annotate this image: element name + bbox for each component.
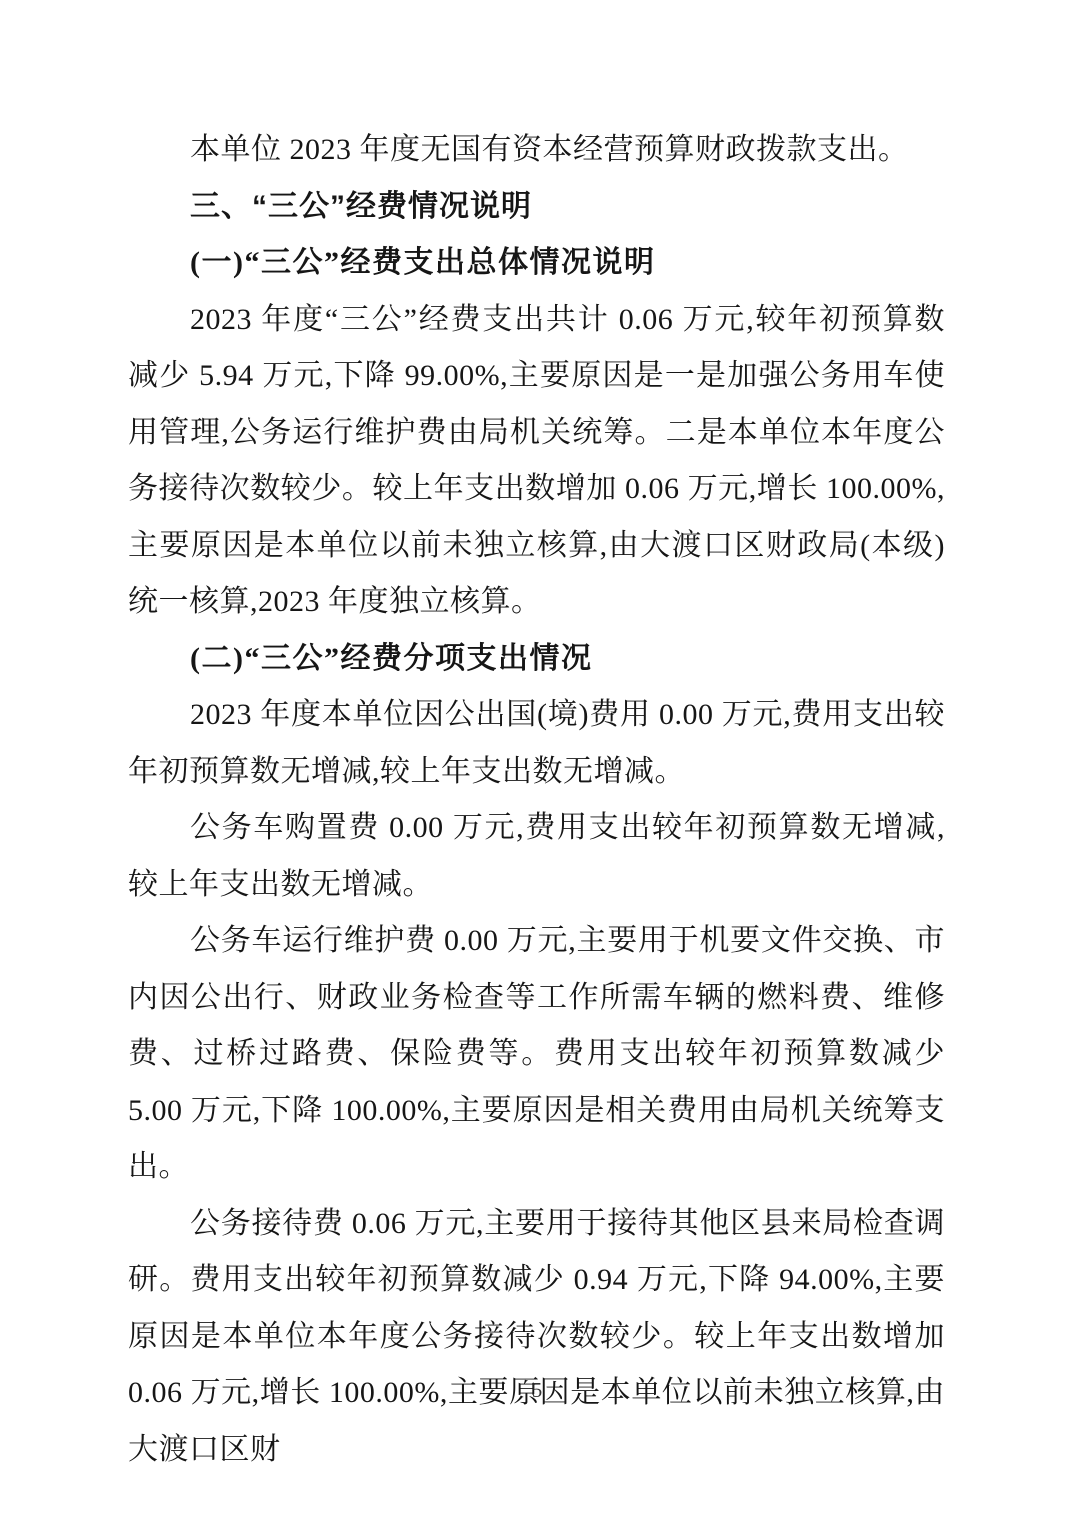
- para-sangong-total-expenditure: 2023 年度“三公”经费支出共计 0.06 万元,较年初预算数减少 5.94 …: [128, 292, 945, 631]
- para-vehicle-operation-expense: 公务车运行维护费 0.00 万元,主要用于机要文件交换、市内因公出行、财政业务检…: [128, 913, 945, 1196]
- para-official-reception-expense: 公务接待费 0.06 万元,主要用于接待其他区县来局检查调研。费用支出较年初预算…: [128, 1196, 945, 1479]
- para-no-state-capital-expenditure: 本单位 2023 年度无国有资本经营预算财政拨款支出。: [128, 122, 945, 179]
- heading-sangong-itemized-expenditure: (二)“三公”经费分项支出情况: [128, 631, 945, 688]
- document-body: 本单位 2023 年度无国有资本经营预算财政拨款支出。三、“三公”经费情况说明(…: [128, 122, 945, 1478]
- document-page: 本单位 2023 年度无国有资本经营预算财政拨款支出。三、“三公”经费情况说明(…: [0, 0, 1074, 1520]
- page-footer: 5: [0, 1378, 1074, 1403]
- page-number: 5: [532, 1378, 543, 1402]
- para-vehicle-purchase-expense: 公务车购置费 0.00 万元,费用支出较年初预算数无增减,较上年支出数无增减。: [128, 800, 945, 913]
- heading-sangong-total-expenditure: (一)“三公”经费支出总体情况说明: [128, 235, 945, 292]
- heading-sangong-expense-overview: 三、“三公”经费情况说明: [128, 179, 945, 236]
- para-overseas-travel-expense: 2023 年度本单位因公出国(境)费用 0.00 万元,费用支出较年初预算数无增…: [128, 687, 945, 800]
